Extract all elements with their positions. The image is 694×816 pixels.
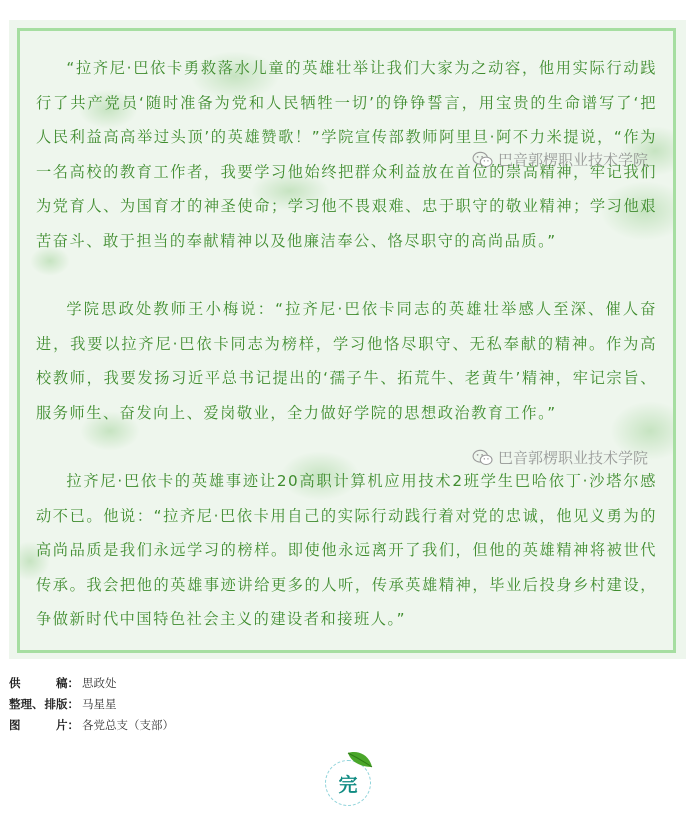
credit-label: 供 稿： <box>9 673 79 694</box>
watermark-text: 巴音郭楞职业技术学院 <box>498 447 648 468</box>
watermark: 巴音郭楞职业技术学院 <box>472 149 648 170</box>
watermark: 巴音郭楞职业技术学院 <box>472 447 648 468</box>
credit-row-photo: 图 片： 各党总支（支部） <box>9 715 174 736</box>
credit-row-editor: 整理、 排版： 马星星 <box>9 694 174 715</box>
credit-label: 整理、 排版： <box>9 694 79 715</box>
leaf-icon <box>347 751 373 769</box>
credit-value: 马星星 <box>82 694 117 715</box>
credit-label: 图 片： <box>9 715 79 736</box>
credits: 供 稿： 思政处 整理、 排版： 马星星 图 片： 各党总支（支部） <box>9 673 174 736</box>
end-text: 完 <box>338 770 357 797</box>
credit-row-source: 供 稿： 思政处 <box>9 673 174 694</box>
article-body: “拉齐尼·巴依卡勇救落水儿童的英雄壮举让我们大家为之动容，他用实际行动践行了共产… <box>20 31 673 637</box>
watermark-text: 巴音郭楞职业技术学院 <box>498 149 648 170</box>
end-badge: 完 <box>325 760 371 806</box>
wechat-icon <box>472 449 494 467</box>
article-paragraph: 学院思政处教师王小梅说：“拉齐尼·巴依卡同志的英雄壮举感人至深、催人奋进，我要以… <box>36 292 657 430</box>
article-paragraph: 拉齐尼·巴依卡的英雄事迹让20高职计算机应用技术2班学生巴哈依丁·沙塔尔感动不已… <box>36 464 657 637</box>
wechat-icon <box>472 151 494 169</box>
article-card: “拉齐尼·巴依卡勇救落水儿童的英雄壮举让我们大家为之动容，他用实际行动践行了共产… <box>9 20 686 659</box>
article-frame: “拉齐尼·巴依卡勇救落水儿童的英雄壮举让我们大家为之动容，他用实际行动践行了共产… <box>17 28 676 653</box>
credit-value: 各党总支（支部） <box>82 715 174 736</box>
credit-value: 思政处 <box>82 673 117 694</box>
